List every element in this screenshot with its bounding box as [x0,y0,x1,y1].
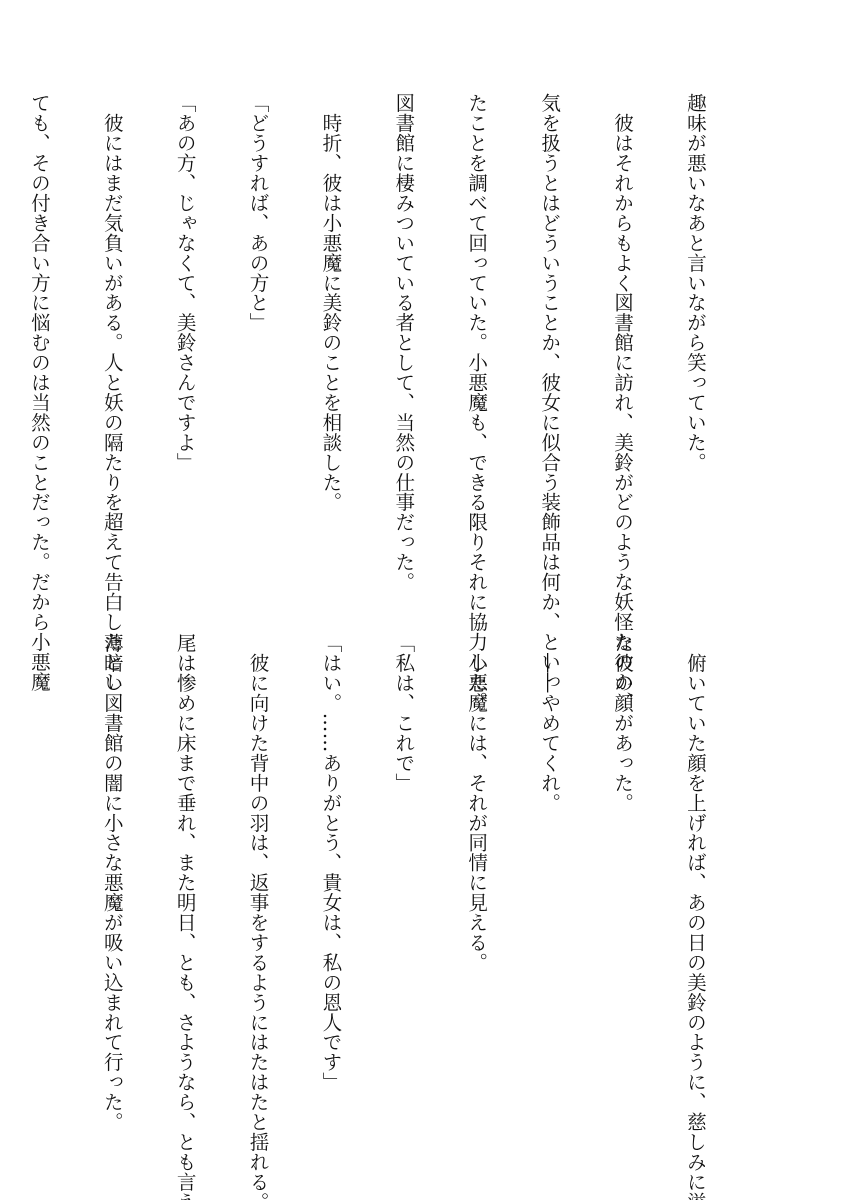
text-line: 気を扱うとはどういうことか、彼女に似合う装飾品は何か、といっ [536,93,560,593]
text-line: ても、その付き合い方に悩むのは当然のことだった。だから小悪魔 [26,93,50,593]
text-line: 趣味が悪いなあと言いながら笑っていた。 [682,93,706,593]
text-line: 彼はそれからもよく図書館に訪れ、美鈴がどのような妖怪なのか、 [609,93,633,593]
dialogue-line: 「はい。……ありがとう、貴女は、私の恩人です」 [318,633,342,1133]
text-line: 尾は惨めに床まで垂れ、また明日、とも、さようなら、とも言えず、 [172,633,196,1133]
dialogue-line: 「あの方、じゃなくて、美鈴さんですよ」 [172,93,196,593]
text-line: 図書館に棲みついている者として、当然の仕事だった。 [391,93,415,593]
text-line: 小悪魔には、それが同情に見える。 [463,633,487,1133]
text-line: 時折、彼は小悪魔に美鈴のことを相談した。 [318,93,342,593]
text-line: 彼に向けた背中の羽は、返事をするようにはたはたと揺れる。尻 [245,633,269,1133]
text-line: 薄暗い図書館の闇に小さな悪魔が吸い込まれて行った。 [99,633,123,1133]
text-line: 彼にはまだ気負いがある。人と妖の隔たりを超えて告白したとし [99,93,123,593]
text-block-lower: 俯いていた顔を上げれば、あの日の美鈴のように、慈しみに溢れ た彼の顔があった。 … [85,633,755,1133]
document-page: 趣味が悪いなあと言いながら笑っていた。 彼はそれからもよく図書館に訪れ、美鈴がど… [0,0,850,1200]
text-line: たことを調べて回っていた。小悪魔も、できる限りそれに協力した。 [463,93,487,593]
section-break [26,633,50,1133]
text-block-upper: 趣味が悪いなあと言いながら笑っていた。 彼はそれからもよく図書館に訪れ、美鈴がど… [85,93,755,593]
dialogue-line: 「どうすれば、あの方と」 [245,93,269,593]
text-line: た彼の顔があった。 [609,633,633,1133]
dialogue-line: 「私は、これで」 [391,633,415,1133]
text-line: 俯いていた顔を上げれば、あの日の美鈴のように、慈しみに溢れ [682,633,706,1133]
text-line: ――やめてくれ。 [536,633,560,1133]
